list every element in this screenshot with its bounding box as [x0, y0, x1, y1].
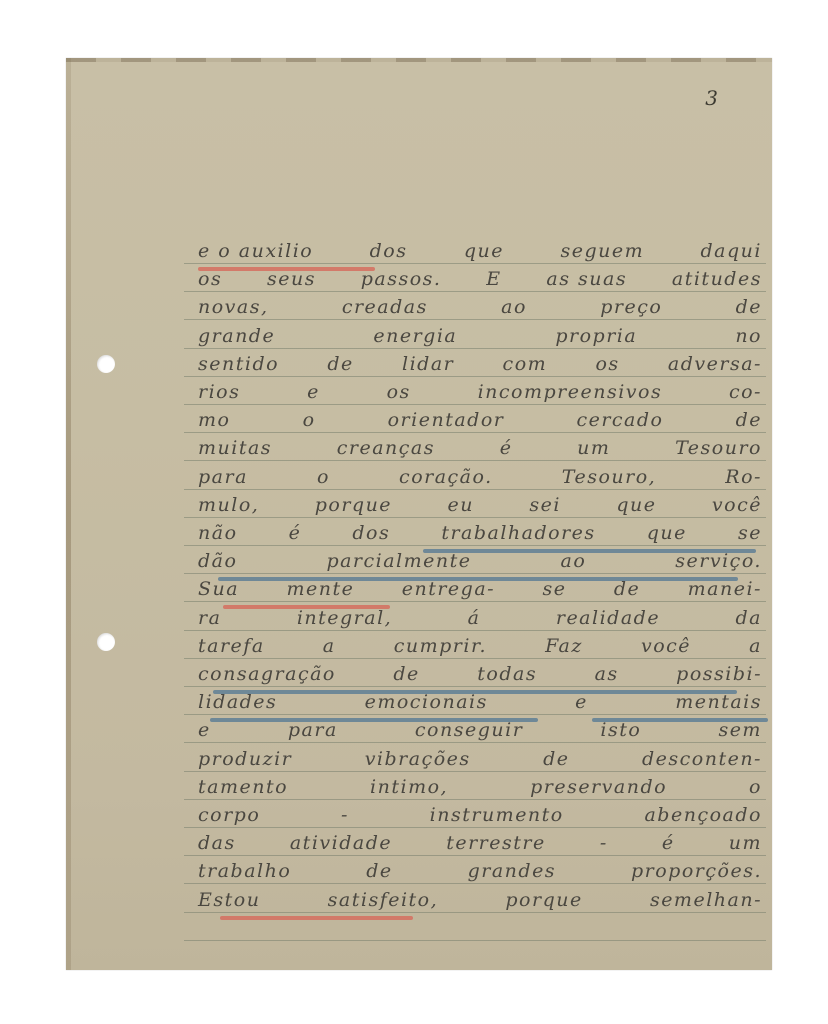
word: possibi- — [676, 663, 762, 688]
word: Ro- — [725, 466, 762, 491]
text-line: rioseosincompreensivosco- — [198, 378, 762, 406]
word: o — [749, 776, 762, 801]
word: e — [307, 381, 320, 406]
word: de — [614, 578, 640, 603]
text-line: mulo,porqueeuseiquevocê — [198, 491, 762, 519]
word: grandes — [468, 860, 556, 885]
word: as suas — [546, 268, 627, 293]
word: tamento — [198, 776, 288, 801]
word: das — [198, 832, 236, 857]
word: trabalhadores — [441, 522, 595, 547]
word: dos — [352, 522, 390, 547]
word: proporções. — [631, 860, 762, 885]
word: que — [647, 522, 687, 547]
word: daqui — [701, 240, 762, 265]
word: no — [735, 325, 762, 350]
text-line: paraocoração.Tesouro,Ro- — [198, 463, 762, 491]
word: os — [595, 353, 619, 378]
word: intimo, — [370, 776, 448, 801]
word: instrumento — [430, 804, 564, 829]
word: Sua — [198, 578, 239, 603]
text-line: Estousatisfeito,porquesemelhan- — [198, 886, 762, 914]
word: seguem — [560, 240, 644, 265]
word: passos. — [361, 268, 442, 293]
word: um — [577, 437, 610, 462]
word: integral, — [297, 607, 392, 632]
text-line: corpo-instrumentoabençoado — [198, 801, 762, 829]
text-line: dãoparcialmenteaoserviço. — [198, 547, 762, 575]
word: - — [600, 832, 608, 857]
word: trabalho — [198, 860, 291, 885]
word: grande — [198, 325, 275, 350]
word: o — [303, 409, 316, 434]
word: dos — [370, 240, 408, 265]
word: muitas — [198, 437, 272, 462]
word: creanças — [337, 437, 435, 462]
word: mulo, — [198, 494, 259, 519]
text-line: consagraçãodetodasaspossibi- — [198, 660, 762, 688]
word: ra — [198, 607, 221, 632]
word: porque — [505, 889, 582, 914]
word: satisfeito, — [328, 889, 439, 914]
word: que — [464, 240, 504, 265]
ruled-line — [184, 940, 766, 941]
word: lidar — [402, 353, 454, 378]
text-line: tarefaacumprir.Fazvocêa — [198, 632, 762, 660]
word: com — [503, 353, 548, 378]
word: as — [595, 663, 619, 688]
word: é — [289, 522, 302, 547]
word: de — [736, 409, 762, 434]
word: entrega- — [402, 578, 495, 603]
text-line: grandeenergiapropriano — [198, 322, 762, 350]
word: que — [616, 494, 656, 519]
word: e — [198, 719, 211, 744]
word: é — [662, 832, 675, 857]
text-line: osseuspassos.Eas suasatitudes — [198, 265, 762, 293]
word: corpo — [198, 804, 260, 829]
word: creadas — [342, 296, 428, 321]
word: serviço. — [675, 550, 762, 575]
text-line: muitascreançaséumTesouro — [198, 434, 762, 462]
word: você — [641, 635, 691, 660]
text-line: e o auxiliodosqueseguemdaqui — [198, 237, 762, 265]
word: é — [500, 437, 513, 462]
word: Tesouro — [675, 437, 762, 462]
word: abençoado — [644, 804, 761, 829]
page-number: 3 — [705, 86, 718, 110]
word: preservando — [530, 776, 667, 801]
word: se — [738, 522, 762, 547]
word: sentido — [198, 353, 279, 378]
word: tarefa — [198, 635, 265, 660]
word: preço — [600, 296, 662, 321]
word: os — [198, 268, 222, 293]
word: os — [387, 381, 411, 406]
word: um — [729, 832, 762, 857]
word: sem — [718, 719, 762, 744]
word: mo — [198, 409, 230, 434]
word: porque — [315, 494, 392, 519]
word: sei — [529, 494, 561, 519]
word: terrestre — [446, 832, 546, 857]
word: e o auxilio — [198, 240, 313, 265]
word: e — [575, 691, 588, 716]
word: dão — [198, 550, 237, 575]
word: E — [486, 268, 501, 293]
text-line: lidadesemocionaisementais — [198, 688, 762, 716]
word: Estou — [198, 889, 260, 914]
word: adversa- — [668, 353, 762, 378]
word: eu — [447, 494, 473, 519]
word: atividade — [290, 832, 392, 857]
word: de — [366, 860, 392, 885]
text-line: novas,creadasaopreçode — [198, 293, 762, 321]
word: conseguir — [415, 719, 523, 744]
text-line: dasatividadeterrestre-éum — [198, 829, 762, 857]
word: não — [198, 522, 238, 547]
word: você — [712, 494, 762, 519]
punch-hole-top — [97, 355, 115, 373]
text-line: raintegral,árealidadeda — [198, 604, 762, 632]
word: seus — [267, 268, 316, 293]
word: cercado — [576, 409, 663, 434]
word: o — [317, 466, 330, 491]
word: todas — [477, 663, 537, 688]
word: a — [749, 635, 762, 660]
text-line: eparaconseguiristosem — [198, 716, 762, 744]
word: parcialmente — [326, 550, 471, 575]
text-line: sentidodelidarcomosadversa- — [198, 350, 762, 378]
word: de — [393, 663, 419, 688]
word: consagração — [198, 663, 336, 688]
word: coração. — [399, 466, 493, 491]
word: ao — [561, 550, 587, 575]
word: cumprir. — [394, 635, 487, 660]
text-line: Suamenteentrega-sedemanei- — [198, 575, 762, 603]
word: para — [288, 719, 338, 744]
word: mente — [286, 578, 354, 603]
word: de — [736, 296, 762, 321]
word: de — [543, 748, 569, 773]
word: orientador — [388, 409, 505, 434]
red-underline — [220, 916, 413, 920]
word: ao — [501, 296, 527, 321]
text-line: produzirvibraçõesdedesconten- — [198, 745, 762, 773]
word: de — [327, 353, 353, 378]
word: novas, — [198, 296, 269, 321]
text-line: tamentointimo,preservandoo — [198, 773, 762, 801]
word: vibrações — [365, 748, 471, 773]
punch-hole-bottom — [97, 633, 115, 651]
word: atitudes — [672, 268, 762, 293]
word: á — [468, 607, 481, 632]
word: - — [341, 804, 349, 829]
word: lidades — [198, 691, 277, 716]
word: desconten- — [642, 748, 762, 773]
word: propria — [555, 325, 637, 350]
word: produzir — [198, 748, 292, 773]
word: realidade — [556, 607, 660, 632]
word: da — [735, 607, 762, 632]
word: se — [542, 578, 566, 603]
word: incompreensivos — [478, 381, 663, 406]
manuscript-page: 3 e o auxiliodosqueseguemdaquiosseuspass… — [66, 58, 772, 970]
word: isto — [600, 719, 641, 744]
word: Faz — [545, 635, 583, 660]
word: a — [323, 635, 336, 660]
word: rios — [198, 381, 240, 406]
word: co- — [729, 381, 762, 406]
word: Tesouro, — [562, 466, 656, 491]
word: semelhan- — [650, 889, 762, 914]
text-line: trabalhodegrandesproporções. — [198, 857, 762, 885]
word: para — [198, 466, 248, 491]
word: mentais — [675, 691, 762, 716]
word: emocionais — [365, 691, 488, 716]
word: energia — [373, 325, 457, 350]
word: manei- — [688, 578, 762, 603]
text-line: nãoédostrabalhadoresquese — [198, 519, 762, 547]
text-line: mooorientadorcercadode — [198, 406, 762, 434]
